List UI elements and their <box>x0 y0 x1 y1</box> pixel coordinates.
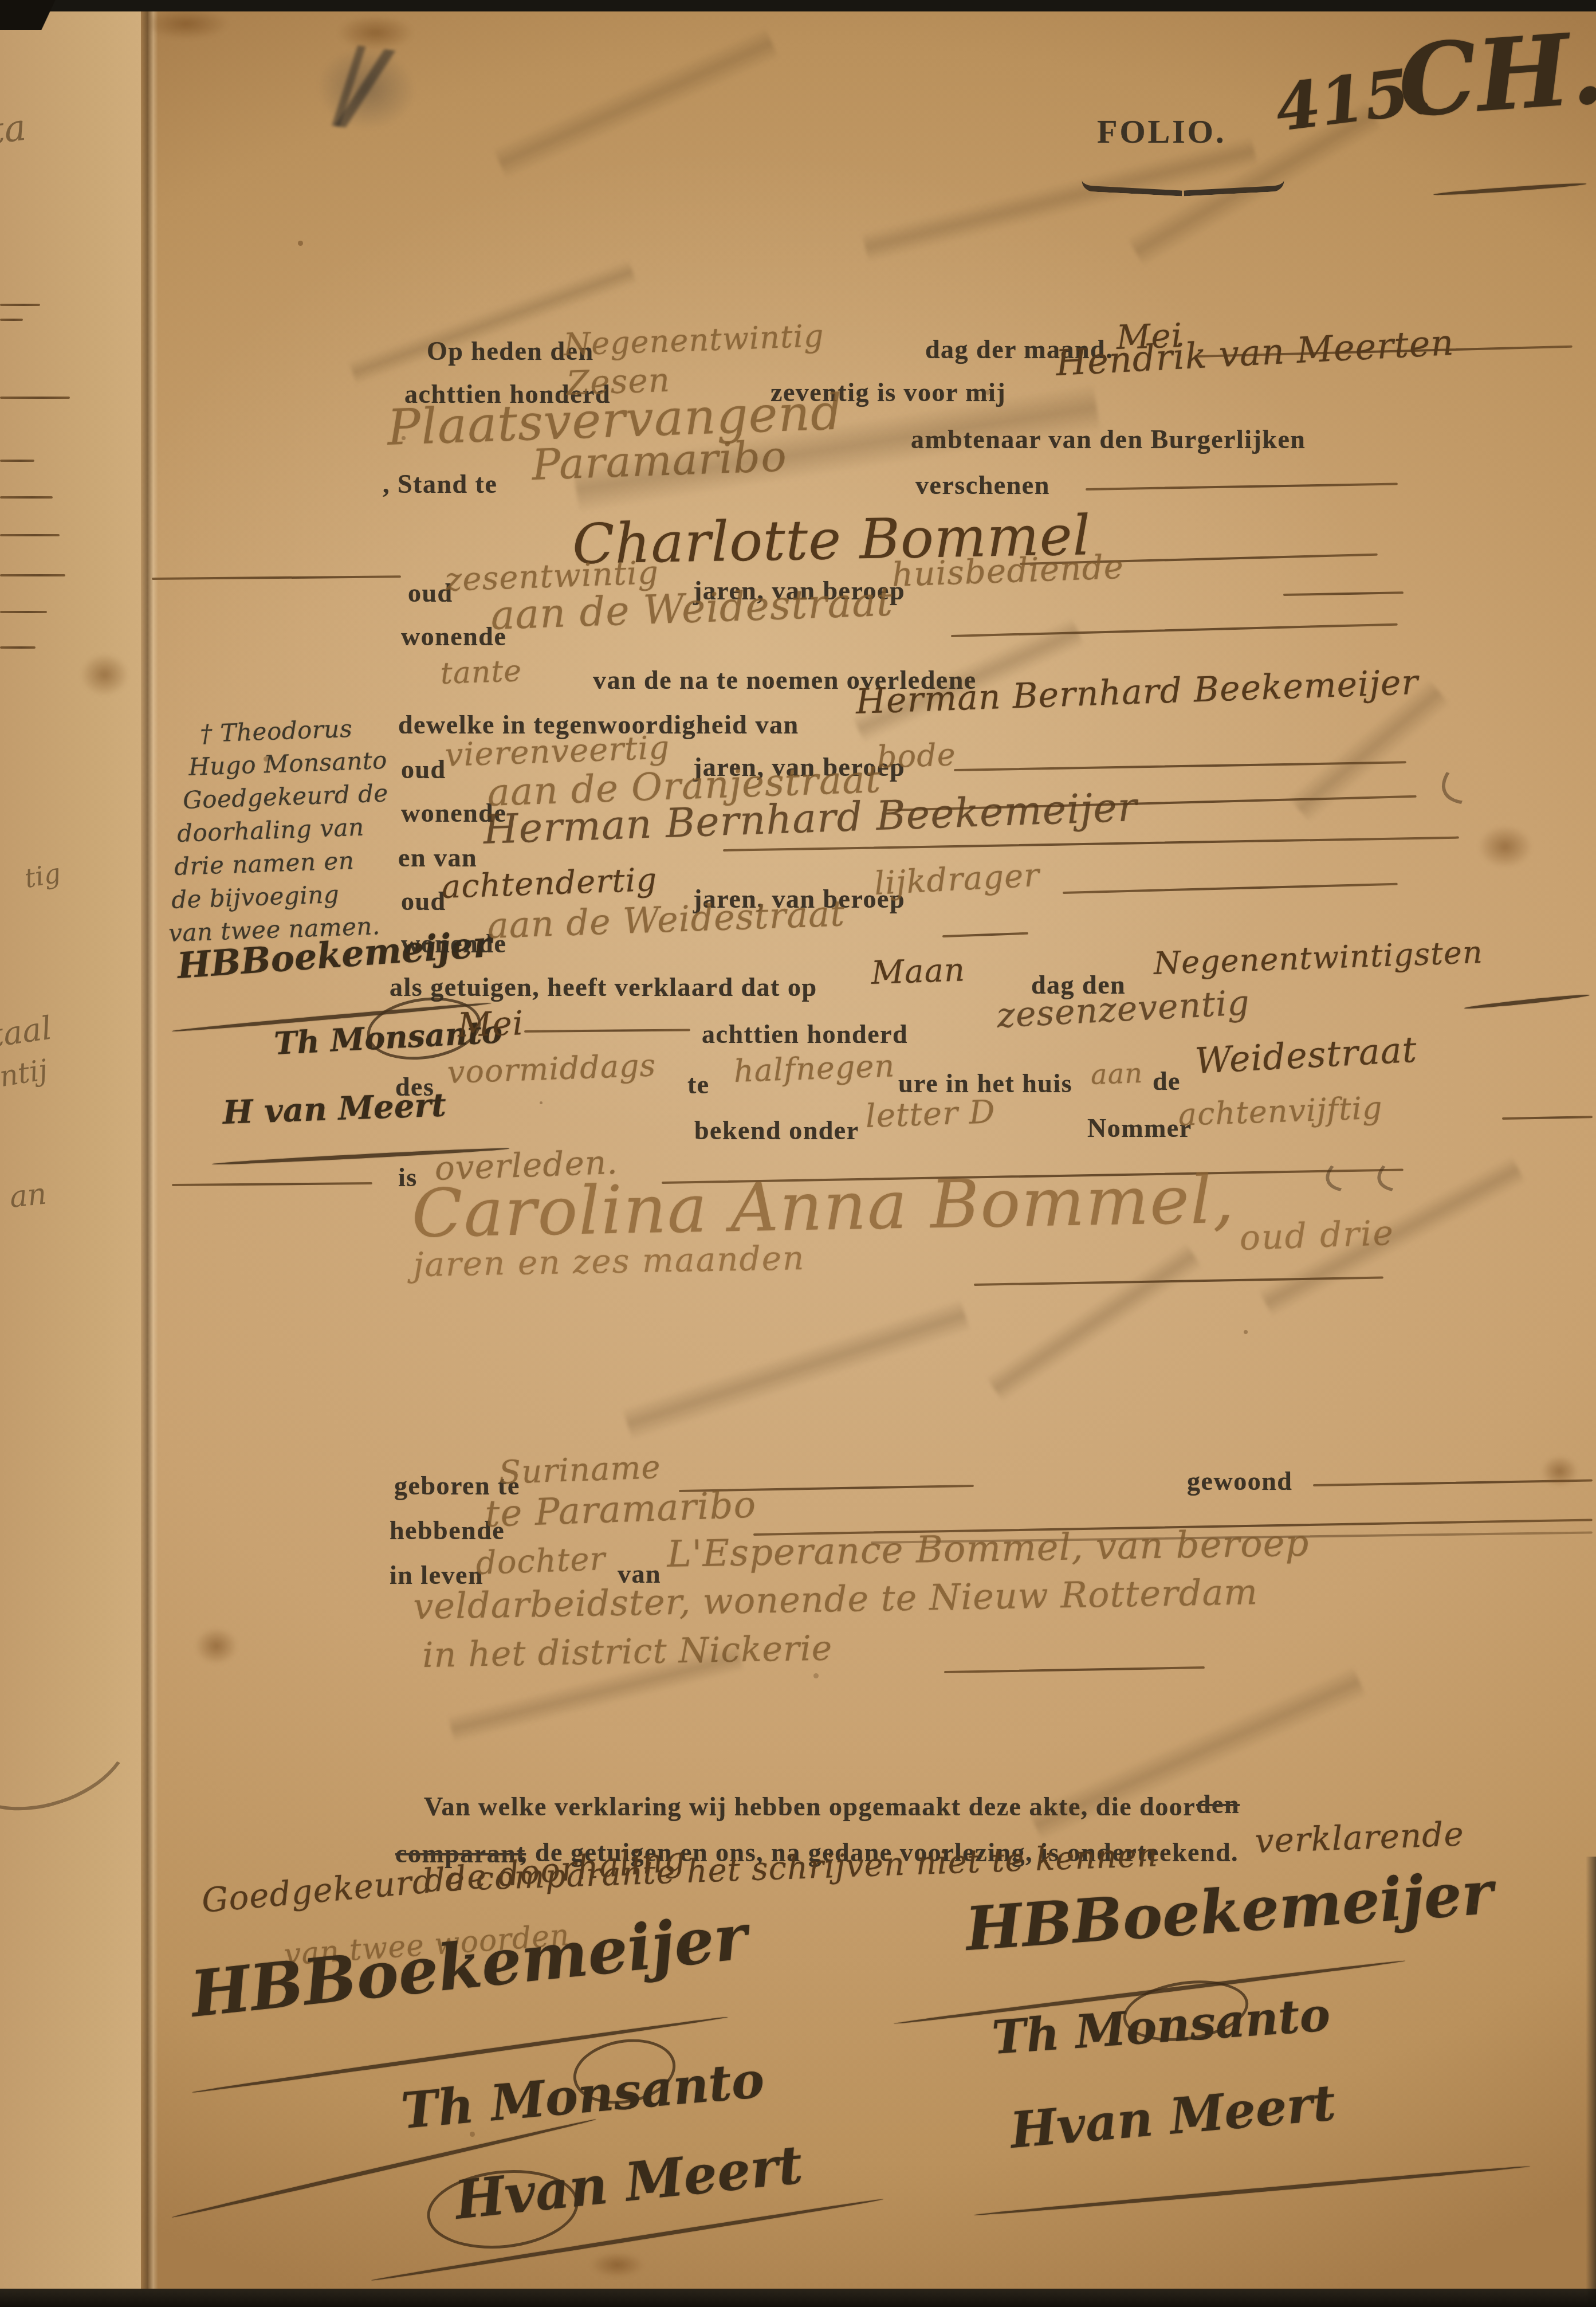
fill-rule <box>1063 883 1398 894</box>
previous-page-fragment: tig <box>22 858 62 893</box>
handwritten-fill-preposition: aan <box>1090 1058 1143 1090</box>
signature-witness: Th Monsanto <box>990 1989 1332 2063</box>
signature-witness: Th Monsanto <box>399 2053 766 2139</box>
scan-edge <box>0 0 1596 11</box>
fill-rule <box>172 1182 372 1186</box>
registrar-initials: CH. <box>1395 13 1596 136</box>
printed-text: verschenen <box>915 471 1050 500</box>
previous-page-line-stub <box>0 534 60 536</box>
previous-page-fragment: an <box>8 1178 48 1215</box>
handwritten-closing-note: verklarende <box>1255 1816 1465 1859</box>
ink-flourish <box>1433 182 1587 197</box>
printed-text: Nommer <box>1087 1114 1192 1143</box>
stain <box>337 15 414 50</box>
margin-note-line: † Theodorus <box>199 716 352 747</box>
handwritten-birthplace: Suriname <box>498 1450 662 1490</box>
fill-rule <box>524 1029 690 1033</box>
foxing-dots <box>298 241 303 246</box>
fill-rule <box>1502 1116 1593 1120</box>
ink-smear <box>622 1298 970 1441</box>
fill-rule <box>1086 482 1398 491</box>
printed-text: gewoond <box>1187 1467 1292 1496</box>
printed-text: achttien honderd <box>702 1020 908 1049</box>
handwritten-fill-date: Negenentwintigsten <box>1153 935 1484 980</box>
handwritten-fill-letter: letter D <box>865 1094 996 1134</box>
page-crease <box>141 0 158 2307</box>
handwritten-fill-daypart: voormiddags <box>447 1048 657 1089</box>
handwritten-fill-age: achtendertig <box>441 862 658 905</box>
stain <box>80 653 129 696</box>
handwritten-fill-month: Mei <box>457 1005 524 1044</box>
fill-rule <box>951 623 1398 637</box>
ink-flourish <box>974 2164 1531 2217</box>
previous-page-line-stub <box>0 496 53 499</box>
previous-page-fragment: ntij <box>0 1054 50 1093</box>
handwritten-fill-hour: halfnegen <box>733 1049 895 1088</box>
previous-page-line-stub <box>0 574 65 576</box>
printed-text: oud <box>401 755 446 784</box>
handwritten-fill-weekday: Maan <box>871 952 966 991</box>
printed-text: , Stand te <box>383 470 497 499</box>
document-scan: ta tig taal ntij an FOLIO. 415. CH. † Th… <box>0 0 1596 2307</box>
handwritten-deceased-age: jaren en zes maanden <box>413 1240 805 1284</box>
previous-page-line-stub <box>0 460 34 462</box>
handwritten-relation: dochter <box>475 1541 606 1581</box>
handwritten-fill-relation: tante <box>440 655 522 690</box>
stain <box>1541 1455 1578 1487</box>
previous-page-line-stub <box>0 304 40 306</box>
signature-registrar: Hvan Meert <box>1008 2076 1338 2159</box>
previous-page-line-stub <box>0 646 36 649</box>
fill-rule <box>1283 591 1404 596</box>
scan-corner <box>0 0 86 30</box>
margin-note-line: de bijvoeging <box>171 881 339 913</box>
fill-rule <box>152 575 401 580</box>
printed-text: te <box>687 1070 710 1100</box>
scan-edge <box>0 2289 1596 2307</box>
previous-page-line-stub <box>0 397 70 399</box>
handwritten-fill-street: Weidestraat <box>1194 1030 1418 1081</box>
stain <box>143 8 229 40</box>
ink-flourish <box>1464 993 1590 1010</box>
printed-text: des <box>395 1073 434 1102</box>
printed-text: oud <box>401 887 446 916</box>
previous-page-line-stub <box>0 319 23 321</box>
fill-rule <box>942 932 1028 937</box>
handwritten-district: in het district Nickerie <box>422 1630 833 1674</box>
margin-note-line: Hugo Monsanto <box>188 747 387 780</box>
handwritten-mother-details: veldarbeidster, wonende te Nieuw Rotterd… <box>413 1572 1259 1626</box>
handwritten-deceased-name: Carolina Anna Bommel, <box>411 1163 1236 1251</box>
scan-edge <box>1586 1857 1596 2307</box>
printed-text-struck: den <box>1196 1790 1240 1819</box>
folio-stamp-label: FOLIO. <box>1097 113 1226 150</box>
printed-text: als getuigen, heeft verklaard dat op <box>390 973 817 1002</box>
previous-page-flourish <box>0 1671 141 1831</box>
margin-note-line: drie namen en <box>174 848 355 880</box>
ink-flourish <box>1431 717 1560 819</box>
ink-smear <box>986 1242 1203 1402</box>
margin-note-line: doorhaling van <box>176 814 364 848</box>
previous-page-line-stub <box>0 611 47 613</box>
signature-witness: HBBoekemeijer <box>187 1902 750 2029</box>
margin-note-line: Goedgekeurd de <box>182 780 388 814</box>
handwritten-fill-occupation: bode <box>876 737 957 774</box>
printed-text: de <box>1153 1067 1181 1096</box>
handwritten-fill-occupation: lijkdrager <box>874 858 1041 902</box>
handwritten-fill-day: Negenentwintig <box>563 319 825 362</box>
previous-page-fragment: taal <box>0 1011 54 1054</box>
handwritten-registrar-name: Hendrik van Meerten <box>1055 323 1455 383</box>
handwritten-fill-occupation: huisbediende <box>891 549 1125 594</box>
printed-text: bekend onder <box>694 1116 859 1145</box>
stain <box>195 1627 238 1665</box>
pencil-smudge <box>311 41 422 137</box>
ink-smear <box>493 27 779 179</box>
stain <box>1478 825 1532 868</box>
handwritten-mother-name: L'Esperance Bommel, van beroep <box>667 1523 1310 1575</box>
previous-page-fragment: ta <box>0 108 28 152</box>
handwritten-residence: te Paramaribo <box>485 1485 757 1535</box>
stain <box>590 2252 644 2278</box>
signature-registrar: Hvan Meert <box>452 2136 805 2230</box>
previous-page-edge: ta tig taal ntij an <box>0 0 141 2307</box>
fill-rule <box>944 1666 1205 1673</box>
handwritten-fill-number: achtenvijftig <box>1178 1091 1383 1132</box>
